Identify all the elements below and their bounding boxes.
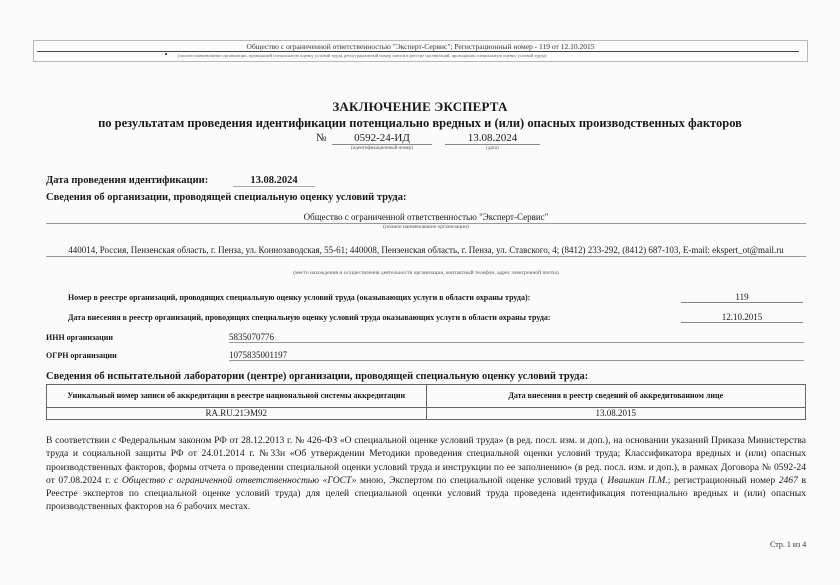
document-date: 13.08.2024 [445, 132, 540, 145]
body-text-part: ; регистрационный номер [668, 475, 779, 486]
identification-number-caption: (идентификационный номер) [332, 146, 432, 151]
document-date-caption: (дата) [445, 146, 540, 151]
registry-date-value: 12.10.2015 [681, 312, 803, 323]
header-divider [37, 51, 799, 52]
header-org-line: Общество с ограниченной ответственностью… [33, 42, 808, 51]
inn-value: 5835070776 [229, 332, 804, 343]
organization-address-caption: (место нахождения и осуществления деятел… [46, 270, 806, 276]
body-text-part: мною, Экспертом по специальной оценке ус… [356, 475, 607, 486]
registry-date-label: Дата внесения в реестр организаций, пров… [68, 313, 551, 322]
accreditation-date-cell: 13.08.2015 [426, 408, 806, 420]
identification-date-label: Дата проведения идентификации: [46, 175, 208, 186]
organization-section-label: Сведения об организации, проводящей спец… [46, 192, 406, 203]
column-header-accreditation-number: Уникальный номер записи об аккредитации … [47, 385, 427, 408]
document-subtitle: по результатам проведения идентификации … [0, 116, 840, 131]
ogrn-value: 1075835001197 [229, 350, 804, 361]
table-header-row: Уникальный номер записи об аккредитации … [47, 385, 806, 408]
number-sign: № [316, 132, 327, 144]
document-title: ЗАКЛЮЧЕНИЕ ЭКСПЕРТА [0, 99, 840, 115]
ogrn-label: ОГРН организации [46, 351, 117, 360]
accreditation-number-cell: RA.RU.21ЭМ92 [47, 408, 427, 420]
organization-address: 440014, Россия, Пензенская область, г. П… [46, 244, 806, 257]
conclusion-paragraph: В соответствии с Федеральным законом РФ … [46, 434, 806, 514]
identification-date-value: 13.08.2024 [233, 175, 315, 187]
body-text-part: рабочих местах. [182, 501, 251, 512]
page-number: Стр. 1 из 4 [770, 540, 806, 549]
laboratory-section-label: Сведения об испытательной лаборатории (ц… [46, 371, 588, 382]
registry-number-value: 119 [681, 292, 803, 303]
table-row: RA.RU.21ЭМ92 13.08.2015 [47, 408, 806, 420]
expert-registration-number: 2467 [779, 475, 798, 486]
registry-number-label: Номер в реестре организаций, проводящих … [68, 293, 530, 302]
column-header-registry-date: Дата внесения в реестр сведений об аккре… [426, 385, 806, 408]
expert-name: Ивашкин П.М. [607, 475, 667, 486]
inn-label: ИНН организации [46, 333, 113, 342]
client-name: Общество с ограниченной ответственностью… [122, 475, 357, 486]
header-caption: (полное наименование организации, провод… [100, 53, 840, 58]
organization-name: Общество с ограниченной ответственностью… [46, 212, 806, 224]
identification-number: 0592-24-ИД [332, 132, 432, 145]
laboratory-table: Уникальный номер записи об аккредитации … [46, 384, 806, 420]
organization-name-caption: (полное наименование организации) [46, 224, 806, 230]
